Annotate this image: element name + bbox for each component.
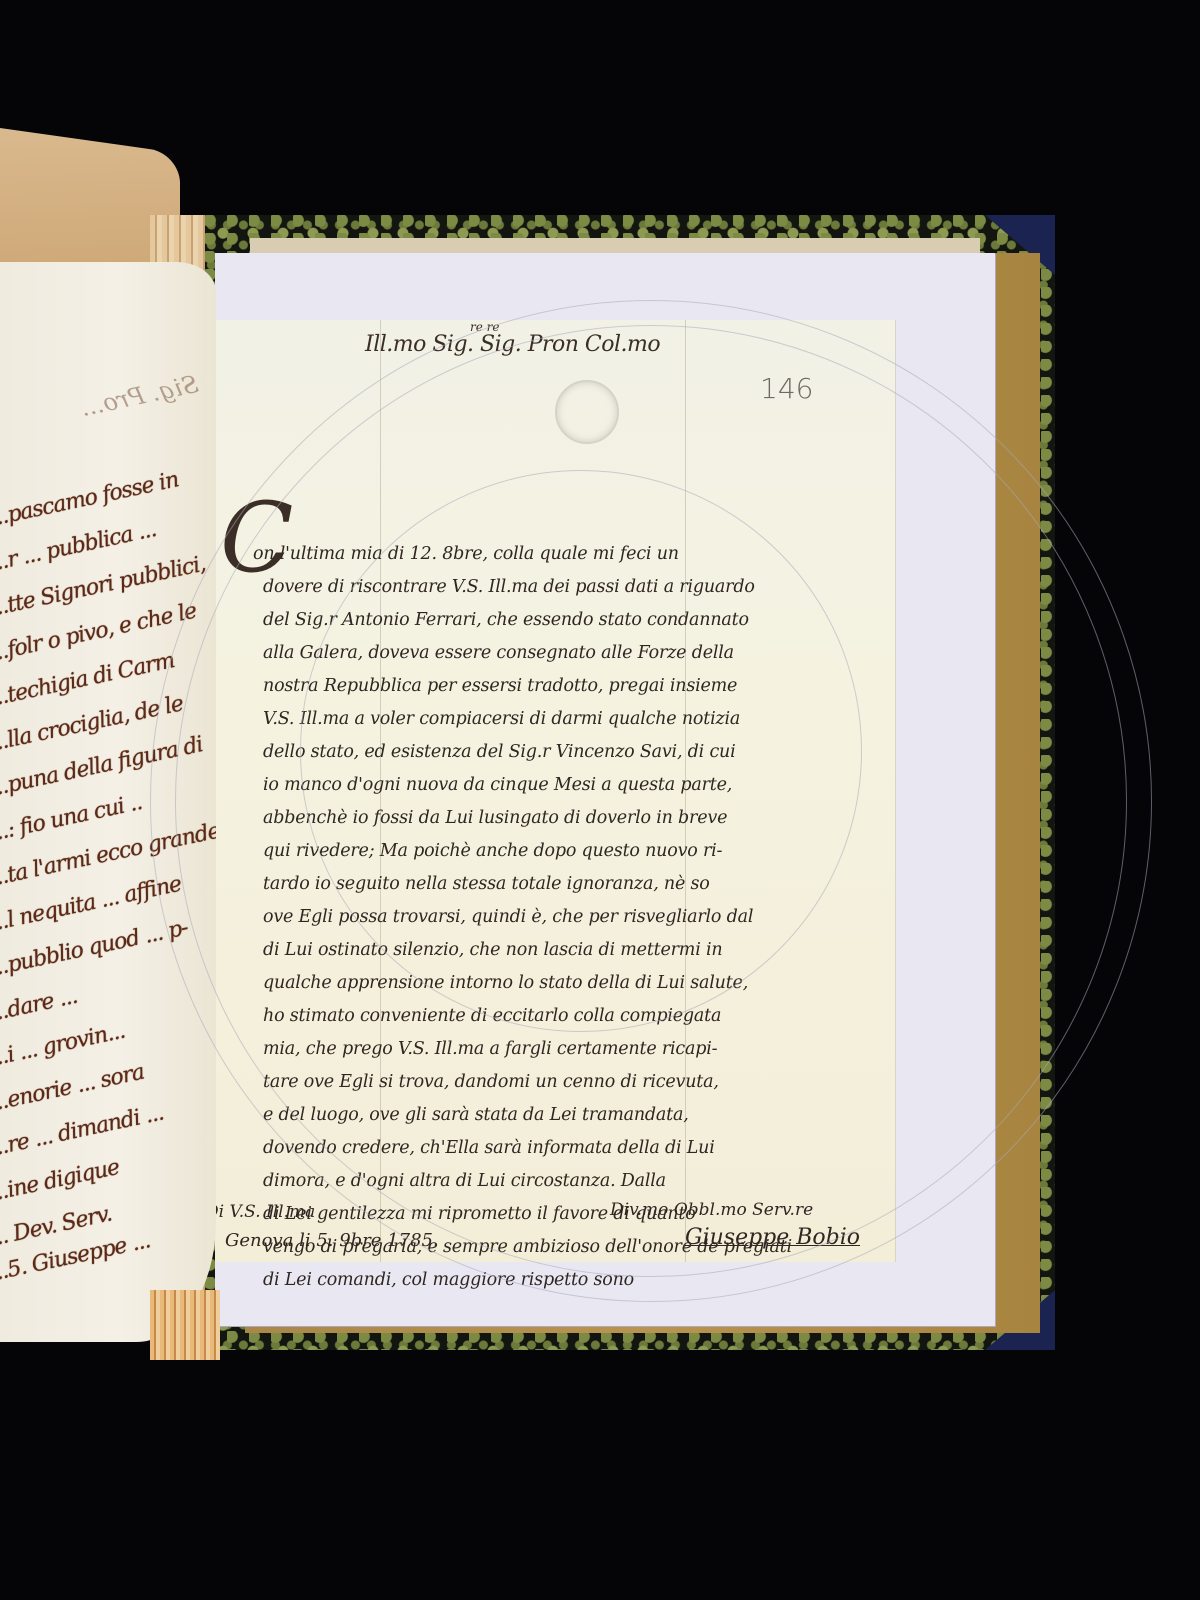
- left-verso-page: Sig. Pro... ...pascamo fosse in ...r ...…: [0, 262, 216, 1342]
- letter-line: tare ove Egli si trova, dandomi un cenno…: [263, 1066, 893, 1099]
- letter-line: nostra Repubblica per essersi tradotto, …: [263, 670, 893, 703]
- servant-formula: Div.mo Obbl.mo Serv.re: [610, 1200, 813, 1220]
- letter-line: di Lui ostinato silenzio, che non lascia…: [263, 934, 893, 967]
- letter-line: ho stimato conveniente di eccitarlo coll…: [263, 1000, 893, 1033]
- letter-line: on l'ultima mia di 12. 8bre, colla quale…: [253, 538, 893, 571]
- letter-line: dovere di riscontrare V.S. Ill.ma dei pa…: [263, 571, 893, 604]
- letter-line: dimora, e d'ogni altra di Lui circostanz…: [263, 1165, 893, 1198]
- place-date: Genova li 5. 9bre 1785.: [225, 1230, 439, 1251]
- letter-line: del Sig.r Antonio Ferrari, che essendo s…: [263, 604, 893, 637]
- letter-line: di Lei comandi, col maggiore rispetto so…: [263, 1264, 893, 1297]
- letter-line: qui rivedere; Ma poichè anche dopo quest…: [263, 835, 893, 868]
- letter-body: on l'ultima mia di 12. 8bre, colla quale…: [253, 538, 893, 1297]
- signature: Giuseppe Bobio: [685, 1225, 860, 1250]
- letter-line: ove Egli possa trovarsi, quindi è, che p…: [263, 901, 893, 934]
- letter-line: dello stato, ed esistenza del Sig.r Vinc…: [263, 736, 893, 769]
- letter-line: mia, che prego V.S. Ill.ma a fargli cert…: [263, 1033, 893, 1066]
- closing-recipient: Di V.S. Ill.ma: [205, 1202, 315, 1222]
- folio-number: 146: [760, 372, 813, 405]
- page-edges-bottom: [150, 1290, 220, 1360]
- seal-impression: [555, 380, 619, 444]
- letter-line: tardo io seguito nella stessa totale ign…: [263, 868, 893, 901]
- letter-line: dovendo credere, ch'Ella sarà informata …: [263, 1132, 893, 1165]
- letter-line: abbenchè io fossi da Lui lusingato di do…: [263, 802, 893, 835]
- letter-line: e del luogo, ove gli sarà stata da Lei t…: [263, 1099, 893, 1132]
- letter-line: qualche apprensione intorno lo stato del…: [263, 967, 893, 1000]
- letter-line: alla Galera, doveva essere consegnato al…: [263, 637, 893, 670]
- ghost-heading: Sig. Pro...: [78, 370, 200, 422]
- letter-line: V.S. Ill.ma a voler compiacersi di darmi…: [263, 703, 893, 736]
- letter-line: io manco d'ogni nuova da cinque Mesi a q…: [263, 769, 893, 802]
- salutation: Ill.mo Sig. Sig. Pron Col.mo: [365, 332, 660, 357]
- letter-sheet: re re Ill.mo Sig. Sig. Pron Col.mo 146 C…: [215, 320, 896, 1262]
